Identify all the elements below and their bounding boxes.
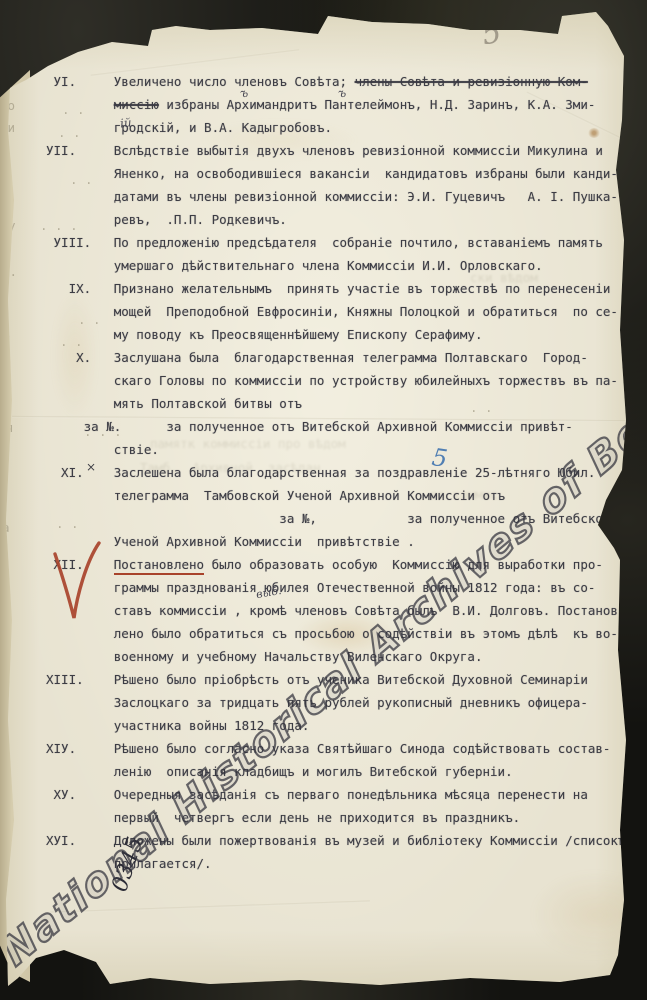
typed-segment: за №. за полученное отъ Витебской Архивн…	[46, 419, 573, 434]
typed-segment-red: Постановлено	[114, 557, 204, 575]
typed-segment: первый четвергъ если день не приходится …	[46, 810, 520, 825]
typed-line: мять Полтавской битвы отъ	[46, 395, 302, 413]
typed-segment: граммы празднованія юбилея Отечественной…	[46, 580, 595, 595]
typed-segment: Х. Заслушана была благодарственная телег…	[46, 350, 588, 365]
typed-segment: мощей Преподобной Евфросиніи, Княжны Пол…	[46, 304, 618, 319]
typed-line: миссію избраны Архимандритъ Пантелеймонъ…	[46, 96, 595, 114]
typed-line: ствіе.	[46, 441, 159, 459]
red-checkmark	[50, 540, 104, 630]
typed-segment: Яненко, на освободившіеся вакансіи канди…	[46, 166, 618, 181]
pencil-page-number: 5	[479, 14, 505, 52]
bleedthrough-fragment: . .	[470, 400, 493, 415]
typed-line: му поводу къ Преосвященнѣйшему Епископу …	[46, 326, 483, 344]
typed-segment: ставъ коммиссіи , кромѣ членовъ Совѣта б…	[46, 603, 625, 618]
typed-line: ленію описанія кладбищъ и могилъ Витебск…	[46, 763, 513, 781]
typed-line: за №. за полученное отъ Витебской Архивн…	[46, 418, 573, 436]
bleedthrough-line: памятк коммиссіи про вѣдом	[150, 436, 346, 451]
typed-line: ХІУ. Рѣшено было согласно указа Святѣйша…	[46, 740, 610, 758]
typed-line: скаго Головы по коммиссіи по устройству …	[46, 372, 618, 390]
typed-line: УІ. Увеличено число членовъ Совѣта; член…	[46, 73, 588, 91]
bleedthrough-fragment: С.	[2, 74, 17, 89]
typed-line: ставъ коммиссіи , кромѣ членовъ Совѣта б…	[46, 602, 625, 620]
typed-line: ХІ. Заслешена была благодарственная за п…	[46, 464, 595, 482]
typed-segment: датами въ члены ревизіонной коммиссіи: Э…	[46, 189, 618, 204]
typed-segment: гродскій, и В.А. Кадыгробовъ.	[46, 120, 332, 135]
typed-segment: УІІ. Вслѣдствіе выбытія двухъ членовъ ре…	[46, 143, 603, 158]
typed-segment: ХІУ. Рѣшено было согласно указа Святѣйша…	[46, 741, 610, 756]
typed-segment: му поводу къ Преосвященнѣйшему Епископу …	[46, 327, 483, 342]
typed-segment: военному и учебному Начальству Виленскаг…	[46, 649, 483, 664]
typed-line: граммы празднованія юбилея Отечественной…	[46, 579, 595, 597]
typed-line: гродскій, и В.А. Кадыгробовъ.	[46, 119, 332, 137]
typed-line: УІІ. Вслѣдствіе выбытія двухъ членовъ ре…	[46, 142, 603, 160]
typed-segment: ХІ. Заслешена была благодарственная за п…	[46, 465, 595, 480]
typed-line: Яненко, на освободившіеся вакансіи канди…	[46, 165, 618, 183]
typed-line: лено было обратиться съ просьбою о содѣй…	[46, 625, 618, 643]
typed-line: УІІІ. По предложенію предсѣдателя собран…	[46, 234, 603, 252]
typed-segment: избраны Архимандритъ Пантелеймонъ, Н.Д. …	[159, 97, 596, 112]
typed-segment: лено было обратиться съ просьбою о содѣй…	[46, 626, 618, 641]
typed-segment: УІІІ. По предложенію предсѣдателя собран…	[46, 235, 603, 250]
typed-line: ХУ. Очередныя засѣданія съ перваго понед…	[46, 786, 588, 804]
typed-line: военному и учебному Начальству Виленскаг…	[46, 648, 483, 666]
typed-segment: ленію описанія кладбищъ и могилъ Витебск…	[46, 764, 513, 779]
margin-x-mark: ×	[86, 460, 96, 474]
typed-segment: ХУ. Очередныя засѣданія съ перваго понед…	[46, 787, 588, 802]
typed-segment: скаго Головы по коммиссіи по устройству …	[46, 373, 618, 388]
foxing-spot	[588, 128, 600, 138]
typed-segment: было образовать особую Коммиссію для выр…	[204, 557, 603, 572]
ink-name-ending: ій	[119, 115, 132, 130]
typed-segment: ІХ. Признано желательнымъ принять участі…	[46, 281, 610, 296]
typed-line: датами въ члены ревизіонной коммиссіи: Э…	[46, 188, 618, 206]
typed-segment-strike: миссію	[114, 97, 159, 112]
typed-segment-strike: члены Совѣта и ревизіонную Ком-	[355, 74, 588, 89]
typed-segment: умершаго дѣйствительнаго члена Коммиссіи…	[46, 258, 543, 273]
typed-segment	[46, 97, 114, 112]
aging-stain	[530, 870, 647, 960]
typed-line: мощей Преподобной Евфросиніи, Княжны Пол…	[46, 303, 618, 321]
typed-line: ревъ, .П.П. Родкевичъ.	[46, 211, 287, 229]
typed-segment: ревъ, .П.П. Родкевичъ.	[46, 212, 287, 227]
typed-segment: мять Полтавской битвы отъ	[46, 396, 302, 411]
typed-line: ІХ. Признано желательнымъ принять участі…	[46, 280, 610, 298]
typed-segment: УІ. Увеличено число членовъ Совѣта;	[46, 74, 355, 89]
typed-segment: телеграмма Тамбовской Ученой Архивной Ко…	[46, 488, 505, 503]
typed-line: умершаго дѣйствительнаго члена Коммиссіи…	[46, 257, 543, 275]
typed-line: ХІІ. Постановлено было образовать особую…	[46, 556, 603, 574]
ink-name-ending: ъ	[337, 86, 346, 101]
typed-segment: ствіе.	[46, 442, 159, 457]
typed-line: Х. Заслушана была благодарственная телег…	[46, 349, 588, 367]
ink-insertion: выб.	[255, 584, 282, 601]
document-page: С.доеиъ—уъИ.—бяъа. .. .. .. . .. .. .. .…	[0, 0, 647, 1000]
typed-line: телеграмма Тамбовской Ученой Архивной Ко…	[46, 487, 505, 505]
typed-line: первый четвергъ если день не приходится …	[46, 809, 520, 827]
